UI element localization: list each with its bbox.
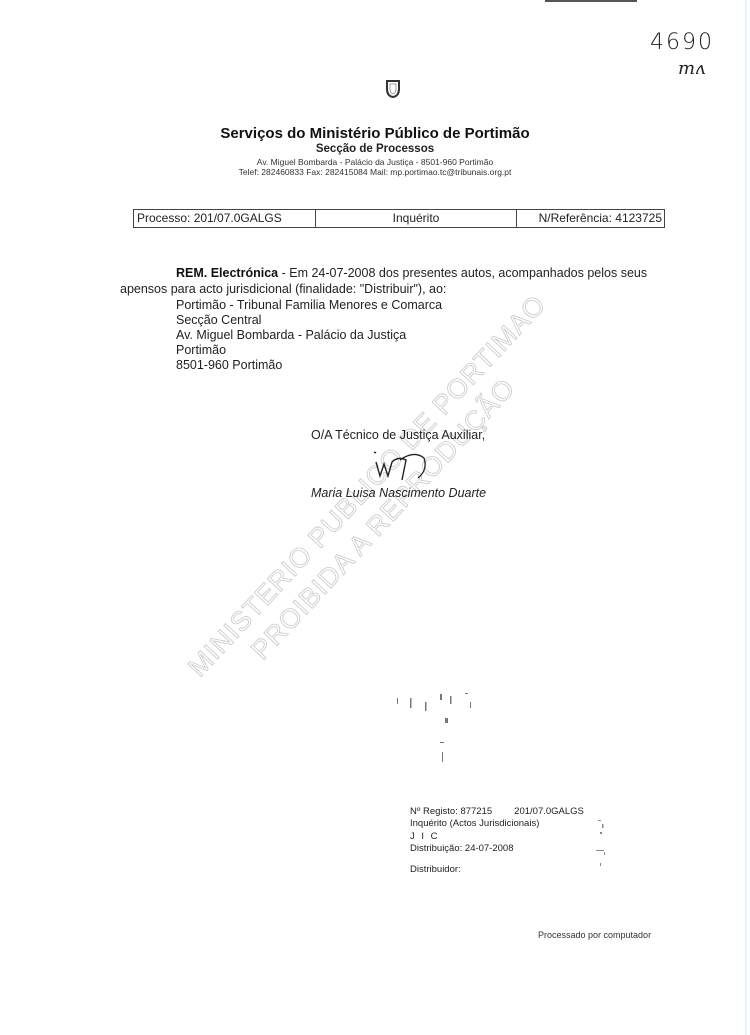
process-reference: N/Referência: 4123725 <box>517 210 664 227</box>
watermark-line2: PROIBIDA A REPRODUÇÃO <box>245 373 521 666</box>
handwritten-page-number: 4690 <box>650 30 714 55</box>
process-type: Inquérito <box>316 210 517 227</box>
header-title: Serviços do Ministério Público de Portim… <box>0 125 750 142</box>
registration-type: Inquérito (Actos Jurisdicionais) <box>410 818 539 829</box>
recipient-address-line: Secção Central <box>176 313 261 329</box>
body-lead-rest: - Em 24-07-2008 dos presentes autos, aco… <box>278 266 647 280</box>
signer-name: Maria Luisa Nascimento Duarte <box>311 486 486 500</box>
recipient-address-line: Portimão - Tribunal Familia Menores e Co… <box>176 298 442 314</box>
recipient-address-line: Portimão <box>176 343 226 359</box>
recipient-address-line: Av. Miguel Bombarda - Palácio da Justiça <box>176 328 406 344</box>
header-subtitle: Secção de Processos <box>0 143 750 155</box>
coat-of-arms-icon <box>386 80 400 98</box>
faded-stamp-icon <box>395 690 505 780</box>
footer-note: Processado por computador <box>538 930 651 940</box>
body-paragraph-line2: apensos para acto jurisdicional (finalid… <box>120 282 446 298</box>
handwritten-signature-icon <box>370 448 440 486</box>
registration-distributor: Distribuidor: <box>410 864 461 875</box>
handwritten-initials: mʌ <box>678 58 705 79</box>
process-number: Processo: 201/07.0GALGS <box>134 210 316 227</box>
registration-court: J I C <box>410 831 440 842</box>
header-address: Av. Miguel Bombarda - Palácio da Justiça… <box>0 157 750 167</box>
body-lead-bold: REM. Electrónica <box>176 266 278 280</box>
registration-process: 201/07.0GALGS <box>514 806 584 817</box>
registration-distribution-date: Distribuição: 24-07-2008 <box>410 843 514 854</box>
body-paragraph-line1: REM. Electrónica - Em 24-07-2008 dos pre… <box>176 266 647 282</box>
signer-role: O/A Técnico de Justiça Auxiliar, <box>311 428 485 442</box>
registration-number: Nº Registo: 877215 <box>410 806 492 817</box>
registration-number-line: Nº Registo: 877215201/07.0GALGS <box>410 806 584 817</box>
faded-marks-icon <box>590 818 620 873</box>
process-info-box: Processo: 201/07.0GALGS Inquérito N/Refe… <box>133 209 665 228</box>
header-contact: Telef: 282460833 Fax: 282415084 Mail: mp… <box>0 167 750 177</box>
top-rule-line <box>545 0 637 2</box>
page-edge-line <box>745 0 747 1035</box>
recipient-address-line: 8501-960 Portimão <box>176 358 282 374</box>
